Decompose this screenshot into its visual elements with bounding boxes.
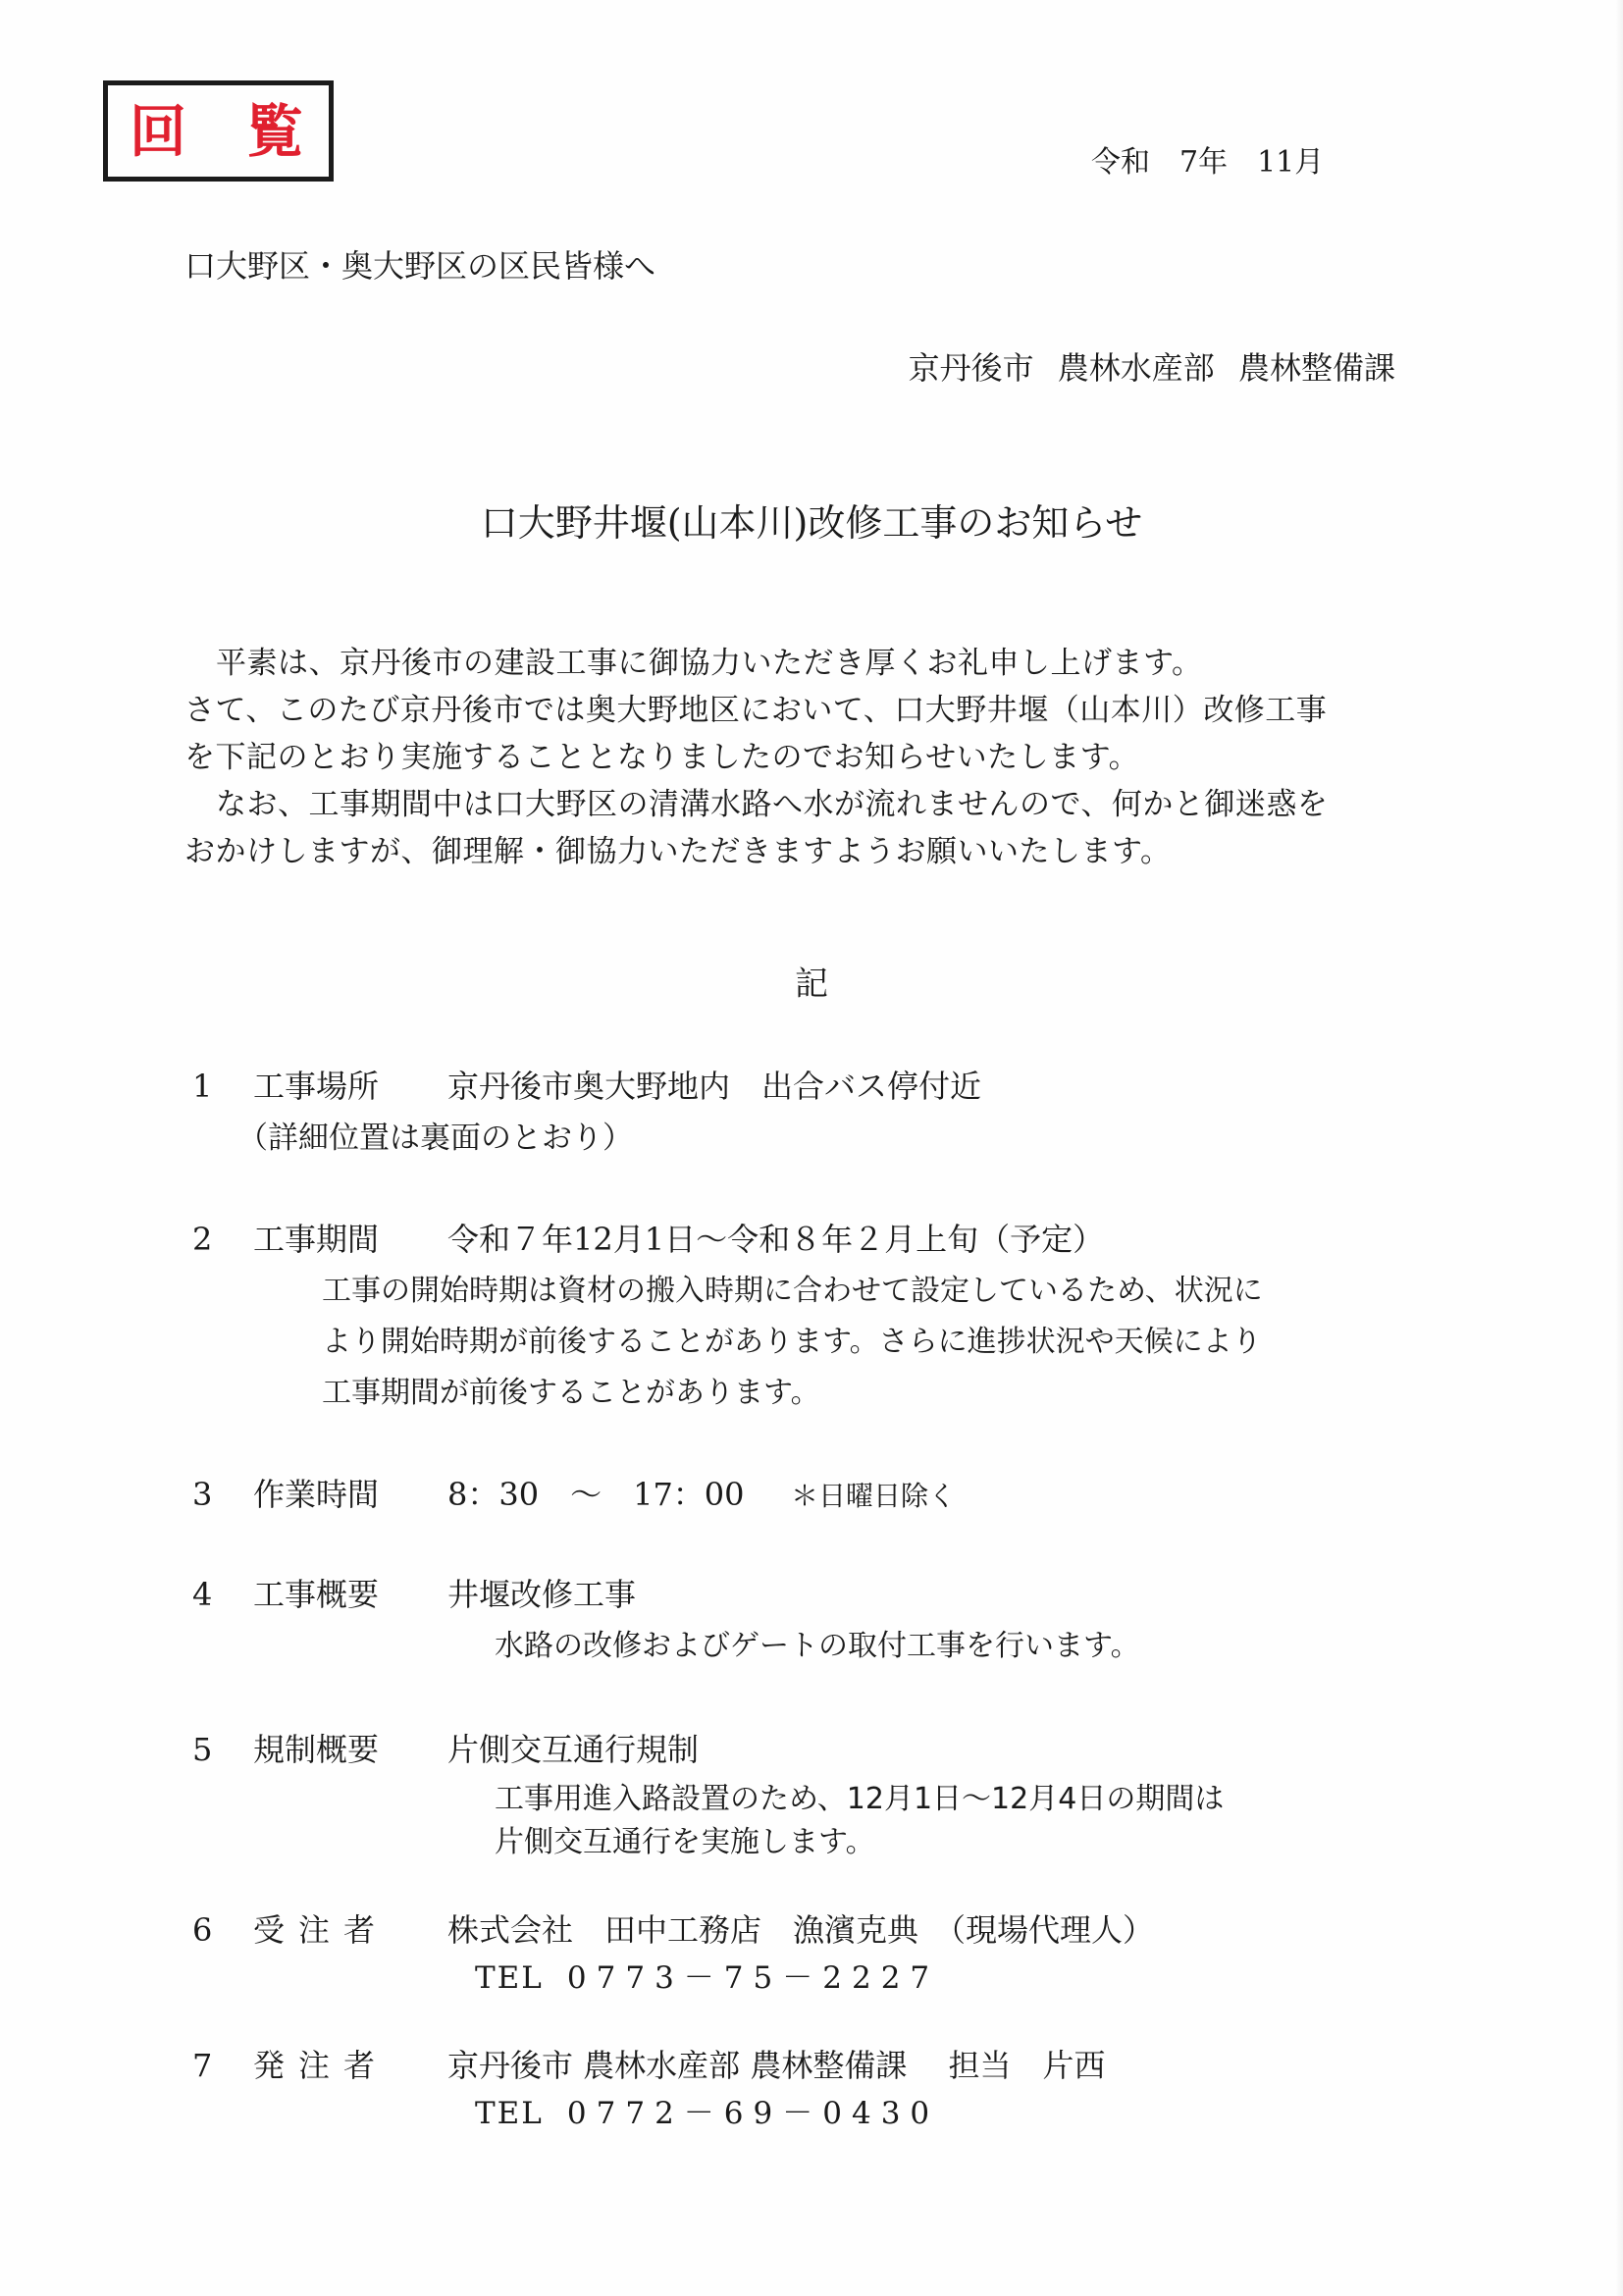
item-number: 1 — [192, 1068, 253, 1105]
tel-label: TEL — [475, 1960, 544, 1996]
item-number: 3 — [192, 1476, 253, 1513]
item-value: 井堰改修工事 — [447, 1570, 636, 1615]
item-orderer: 7発注者京丹後市 農林水産部 農林整備課 担当 片西 — [192, 2041, 1106, 2086]
item-value: 片側交互通行規制 — [447, 1725, 699, 1770]
item-value: 京丹後市 農林水産部 農林整備課 担当 片西 — [447, 2041, 1106, 2086]
item-label: 工事場所 — [253, 1062, 447, 1107]
item-note: 水路の改修およびゲートの取付工事を行います。 — [495, 1621, 1140, 1664]
stamp-char-kai: 回 — [130, 103, 186, 160]
item-value: 令和７年12月1日～令和８年２月上旬（予定） — [447, 1215, 1104, 1260]
item-traffic-regulation: 5規制概要片側交互通行規制 — [192, 1725, 699, 1770]
addressee: 口大野区・奥大野区の区民皆様へ — [184, 241, 655, 287]
sender-section: 農林整備課 — [1238, 349, 1395, 387]
item-note: 工事の開始時期は資材の搬入時期に合わせて設定しているため、状況に — [322, 1266, 1263, 1309]
item-construction-period: 2工事期間令和７年12月1日～令和８年２月上旬（予定） — [192, 1215, 1104, 1260]
item-number: 4 — [192, 1576, 253, 1613]
sender-city: 京丹後市 — [909, 349, 1034, 387]
body-text: 平素は、京丹後市の建設工事に御協力いただき厚くお礼申し上げます。 さて、このたび… — [184, 640, 1401, 875]
item-construction-summary: 4工事概要井堰改修工事 — [192, 1570, 636, 1615]
item-label: 規制概要 — [253, 1725, 447, 1770]
item-construction-location: 1工事場所京丹後市奥大野地内 出合バス停付近 — [192, 1062, 981, 1107]
item-value: 株式会社 田中工務店 漁濱克典 （現場代理人） — [447, 1905, 1154, 1951]
item-note: より開始時期が前後することがあります。さらに進捗状況や天候により — [322, 1317, 1262, 1360]
sender: 京丹後市 農林水産部 農林整備課 — [909, 343, 1395, 389]
tel-number: 0772－69－0430 — [567, 2096, 939, 2131]
item-label: 工事概要 — [253, 1570, 447, 1615]
notice-page: 回 覧 令和 7年 11月 口大野区・奥大野区の区民皆様へ 京丹後市 農林水産部… — [0, 0, 1623, 2296]
item-value: 京丹後市奥大野地内 出合バス停付近 — [447, 1062, 981, 1107]
stamp-char-ran: 覧 — [246, 103, 303, 160]
item-label: 発注者 — [253, 2041, 447, 2086]
scan-edge-shadow — [1615, 0, 1623, 2296]
tel-number: 0773－75－2227 — [567, 1960, 939, 1996]
orderer-phone: TEL0772－69－0430 — [475, 2088, 939, 2132]
item-label: 受注者 — [253, 1905, 447, 1951]
body-paragraph-3-line-1: なお、工事期間中は口大野区の清溝水路へ水が流れませんので、何かと御迷惑を — [184, 781, 1401, 828]
item-contractor: 6受注者株式会社 田中工務店 漁濱克典 （現場代理人） — [192, 1905, 1154, 1951]
document-title: 口大野井堰(山本川)改修工事のお知らせ — [0, 493, 1623, 547]
item-label: 工事期間 — [253, 1215, 447, 1260]
item-value: 8：30 ～ 17：00 — [447, 1470, 791, 1515]
item-number: 5 — [192, 1731, 253, 1768]
body-paragraph-2-line-1: さて、このたび京丹後市では奥大野地区において、口大野井堰（山本川）改修工事 — [184, 687, 1401, 734]
item-number: 7 — [192, 2047, 253, 2084]
item-note: 工事用進入路設置のため、12月1日～12月4日の期間は — [495, 1774, 1224, 1817]
circulation-stamp: 回 覧 — [103, 80, 334, 182]
sender-department: 農林水産部 — [1058, 349, 1215, 387]
ki-heading: 記 — [0, 957, 1623, 1005]
contractor-phone: TEL0773－75－2227 — [475, 1953, 939, 1997]
item-working-hours: 3作業時間8：30 ～ 17：00＊日曜日除く — [192, 1470, 956, 1515]
item-extra: ＊日曜日除く — [791, 1475, 956, 1514]
item-label: 作業時間 — [253, 1470, 447, 1515]
body-paragraph-1: 平素は、京丹後市の建設工事に御協力いただき厚くお礼申し上げます。 — [184, 640, 1401, 687]
item-number: 2 — [192, 1221, 253, 1258]
item-note: （詳細位置は裏面のとおり） — [237, 1113, 633, 1157]
tel-label: TEL — [475, 2096, 544, 2131]
body-paragraph-2-line-2: を下記のとおり実施することとなりましたのでお知らせいたします。 — [184, 734, 1401, 781]
issue-date: 令和 7年 11月 — [1091, 137, 1324, 181]
item-note: 工事期間が前後することがあります。 — [322, 1368, 820, 1411]
body-paragraph-3-line-2: おかけしますが、御理解・御協力いただきますようお願いいたします。 — [184, 828, 1401, 875]
item-note: 片側交互通行を実施します。 — [495, 1817, 875, 1860]
item-number: 6 — [192, 1911, 253, 1949]
